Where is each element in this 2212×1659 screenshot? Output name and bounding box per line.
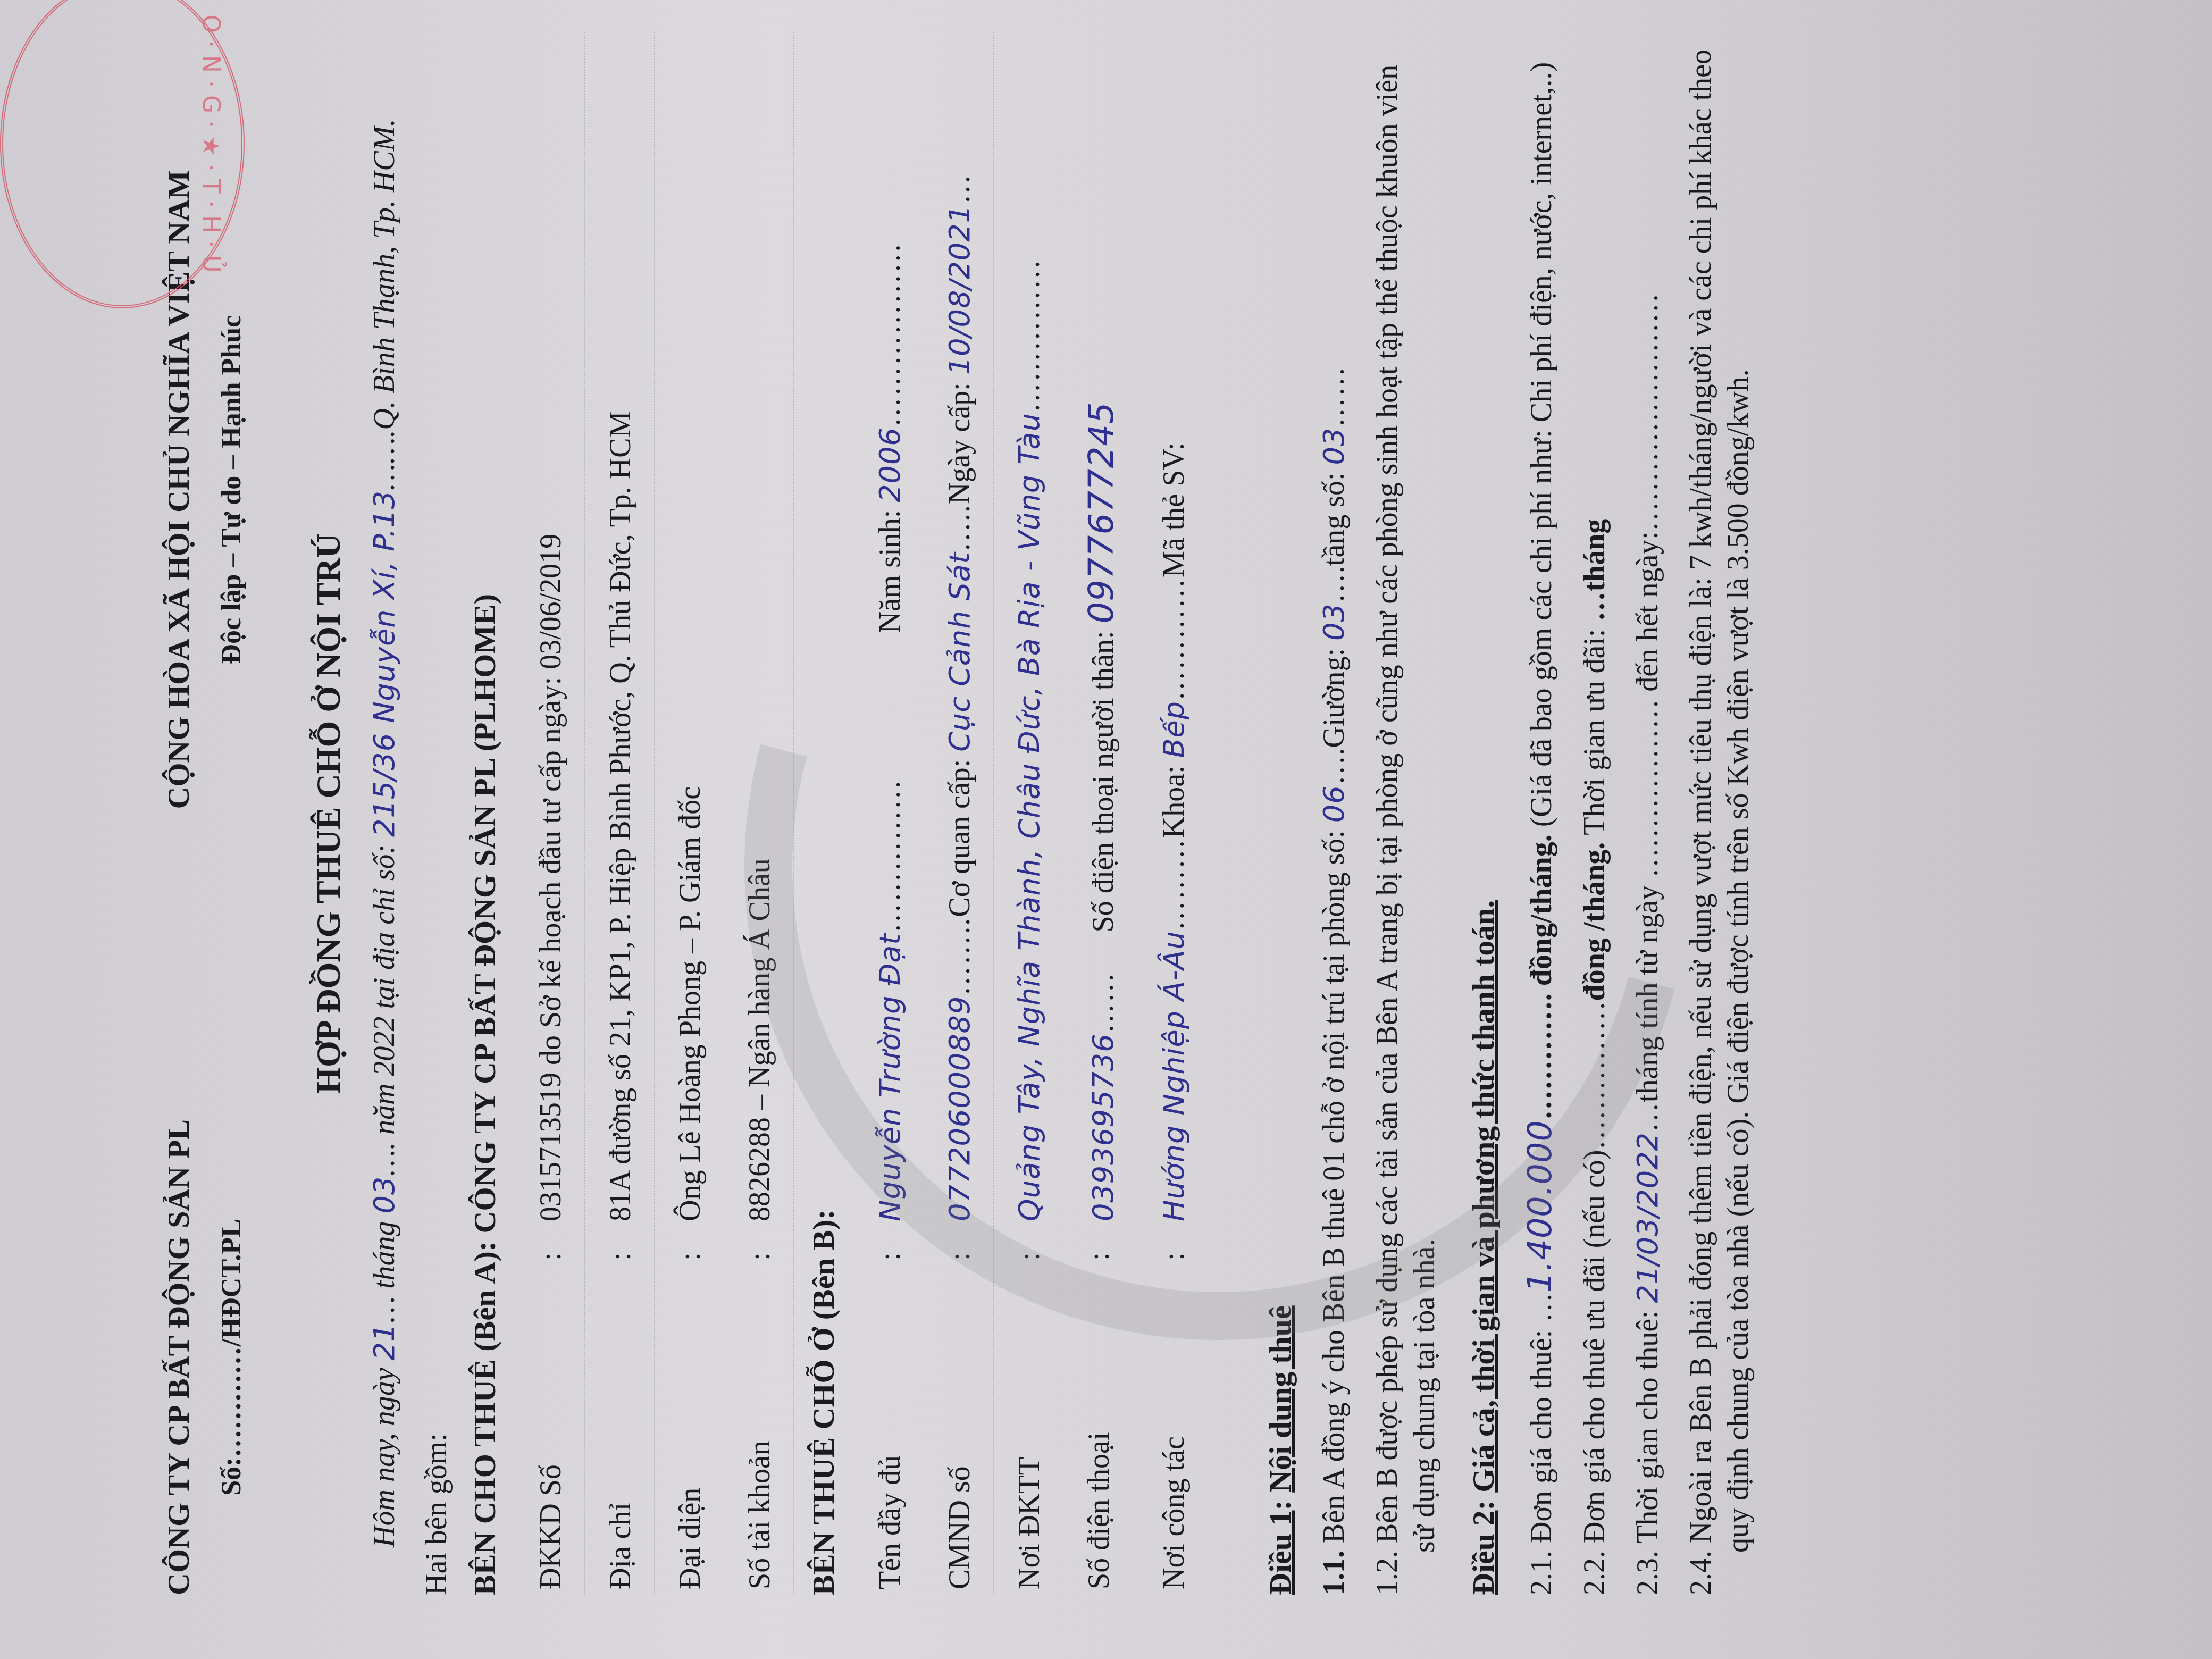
table-row: Số điện thoại : 0393695736…… Số điện tho…	[1063, 32, 1138, 1595]
issuer-field[interactable]: Cục Cảnh Sát	[943, 552, 976, 752]
clause-text: Bên A đồng ý cho Bên B thuê 01 chỗ ở nội…	[1318, 823, 1351, 1543]
clause-number: 1.1.	[1318, 1551, 1351, 1595]
table-row: Địa chỉ:81A đường số 21, KP1, P. Hiệp Bì…	[585, 32, 655, 1595]
student-id-label: Mã thẻ SV:	[1158, 442, 1191, 577]
full-name-field[interactable]: Nguyễn Trường Đạt	[873, 933, 907, 1222]
colon: :	[924, 1227, 993, 1286]
day-handwritten: 21	[367, 1323, 401, 1361]
clause-text: 2.2. Đơn giá cho thuê ưu đãi (nếu có)…………	[1578, 1001, 1611, 1595]
party-b-table: Tên đầy đủ : Nguyễn Trường Đạt…………… Năm …	[854, 32, 1208, 1595]
faculty-label: Khoa:	[1158, 765, 1191, 838]
row-label: Đại diện	[655, 1286, 724, 1595]
floor-number-field[interactable]: 03	[1317, 428, 1351, 465]
colon: :	[854, 1227, 924, 1286]
colon: :	[585, 1227, 655, 1286]
room-number-field[interactable]: 06	[1317, 785, 1351, 823]
address-handwritten: 215/36 Nguyễn Xí, P.13	[367, 490, 401, 837]
document-number: Số:…………/HĐCT.PL	[214, 1119, 249, 1595]
row-value: Quảng Tây, Nghĩa Thành, Châu Đức, Bà Rịa…	[993, 32, 1063, 1227]
clause-text: …tháng tính từ ngày ……………… đến hết ngày:…	[1631, 293, 1664, 1132]
row-value: 81A đường số 21, KP1, P. Hiệp Bình Phước…	[585, 32, 655, 1227]
row-value: 0315713519 do Sở kế hoạch đầu tư cấp ngà…	[515, 32, 585, 1227]
company-block: CÔNG TY CP BẤT ĐỘNG SẢN PL Số:…………/HĐCT.…	[160, 1119, 249, 1595]
issue-date-field[interactable]: 10/08/2021	[943, 204, 976, 375]
article-1-heading: Điều 1: Nội dung thuê	[1261, 32, 1300, 1595]
clause-1-2: 1.2. Bên B được phép sử dụng các tài sản…	[1369, 32, 1443, 1595]
article-2-number: Điều 2	[1466, 1511, 1501, 1596]
relative-phone-label: Số điện thoại người thân:	[1087, 631, 1120, 932]
row-label: Địa chỉ	[585, 1286, 655, 1595]
workplace-field[interactable]: Hướng Nghiệp Á-Âu	[1157, 931, 1191, 1221]
table-row: CMND số : 077206000889……..Cơ quan cấp: C…	[924, 32, 993, 1595]
promo-period: …tháng	[1578, 519, 1611, 622]
rental-start-field[interactable]: 21/03/2022	[1631, 1132, 1664, 1303]
colon: :	[1063, 1227, 1138, 1286]
colon: :	[993, 1227, 1063, 1286]
price-unit: …………. đồng/tháng.	[1525, 834, 1558, 1120]
row-value: 8826288 – Ngân hàng Á Châu	[724, 32, 794, 1227]
parties-intro: Hai bên gồm:	[418, 32, 455, 1595]
birth-year-field[interactable]: 2006	[873, 427, 907, 502]
intro-text: … tháng	[368, 1213, 401, 1322]
contract-title: HỢP ĐỒNG THUÊ CHỖ Ở NỘI TRÚ	[307, 32, 350, 1595]
id-number-field[interactable]: 077206000889	[943, 996, 976, 1221]
clause-text: (Giá đã bao gồm các chi phí như: Chi phí…	[1525, 62, 1558, 835]
article-2-title: Giá cả, thời gian và phương thức thanh t…	[1466, 900, 1501, 1493]
rent-price-field[interactable]: 1.400.000	[1520, 1120, 1559, 1293]
colon: :	[724, 1227, 794, 1286]
row-value: 0393695736…… Số điện thoại người thân: 0…	[1063, 32, 1138, 1227]
table-row: Nơi ĐKTT : Quảng Tây, Nghĩa Thành, Châu …	[993, 32, 1063, 1595]
relative-phone-field[interactable]: 0977677245	[1082, 401, 1121, 623]
clause-1-1: 1.1. Bên A đồng ý cho Bên B thuê 01 chỗ …	[1316, 32, 1353, 1595]
bed-number-field[interactable]: 03	[1317, 603, 1351, 641]
article-2-heading: Điều 2: Giá cả, thời gian và phương thức…	[1464, 32, 1503, 1595]
table-row: ĐKKD Số:0315713519 do Sở kế hoạch đầu tư…	[515, 32, 585, 1595]
month-handwritten: 03	[367, 1176, 401, 1214]
clause-2-4: 2.4. Ngoài ra Bên B phải đóng thêm tiền …	[1682, 32, 1757, 1595]
floor-label: ….tầng số:	[1318, 465, 1351, 603]
residence-field[interactable]: Quảng Tây, Nghĩa Thành, Châu Đức, Bà Rịa…	[1012, 413, 1046, 1221]
clause-2-1: 2.1. Đơn giá cho thuê: …1.400.000…………. đ…	[1519, 32, 1561, 1595]
intro-text: …. năm 2022 tại địa chỉ số:	[368, 837, 401, 1176]
issue-date-label: Ngày cấp:	[943, 382, 976, 504]
intro-text: Hôm nay, ngày	[368, 1360, 401, 1547]
row-value: Hướng Nghiệp Á-Âu………Khoa: Bếp…………Mã thẻ …	[1138, 32, 1208, 1227]
company-name: CÔNG TY CP BẤT ĐỘNG SẢN PL	[160, 1119, 198, 1595]
contract-page: O · N · G · ★ · T · H · Ủ CÔNG TY CP BẤT…	[0, 0, 2212, 1659]
row-label: CMND số	[924, 1286, 993, 1595]
clause-text: Thời gian ưu đãi:	[1578, 622, 1611, 842]
row-value: 077206000889……..Cơ quan cấp: Cục Cảnh Sá…	[924, 32, 993, 1227]
article-1-title: Nội dung thuê	[1263, 1305, 1297, 1492]
row-label: Nơi ĐKTT	[993, 1286, 1063, 1595]
article-1-number: Điều 1	[1263, 1511, 1297, 1596]
row-label: Số tài khoản	[724, 1286, 794, 1595]
issuer-label: Cơ quan cấp:	[943, 759, 976, 917]
party-a-table: ĐKKD Số:0315713519 do Sở kế hoạch đầu tư…	[515, 32, 794, 1595]
intro-text: …….Q. Bình Thạnh, Tp. HCM.	[368, 119, 401, 490]
table-row: Nơi công tác : Hướng Nghiệp Á-Âu………Khoa:…	[1138, 32, 1208, 1595]
row-label: ĐKKD Số	[515, 1286, 585, 1595]
row-label: Tên đầy đủ	[854, 1286, 924, 1595]
bed-label: ….Giường:	[1318, 641, 1351, 785]
row-label: Số điện thoại	[1063, 1286, 1138, 1595]
colon: :	[1138, 1227, 1208, 1286]
party-a-heading: BÊN CHO THUÊ (Bên A): CÔNG TY CP BẤT ĐỘN…	[466, 32, 505, 1595]
row-label: Nơi công tác	[1138, 1286, 1208, 1595]
stamp-text: O · N · G · ★ · T · H · Ủ	[197, 14, 224, 272]
table-row: Số tài khoản:8826288 – Ngân hàng Á Châu	[724, 32, 794, 1595]
row-value: Ông Lê Hoàng Phong – P. Giám đốc	[655, 32, 724, 1227]
phone-field[interactable]: 0393695736	[1086, 1033, 1120, 1221]
faculty-field[interactable]: Bếp	[1157, 701, 1191, 758]
contract-intro: Hôm nay, ngày 21… tháng 03…. năm 2022 tạ…	[366, 32, 403, 1595]
colon: :	[655, 1227, 724, 1286]
clause-text: 2.1. Đơn giá cho thuê: …	[1525, 1293, 1558, 1595]
clause-2-3: 2.3. Thời gian cho thuê: 21/03/2022…thán…	[1629, 32, 1666, 1595]
red-company-stamp: O · N · G · ★ · T · H · Ủ	[0, 0, 245, 308]
table-row: Tên đầy đủ : Nguyễn Trường Đạt…………… Năm …	[854, 32, 924, 1595]
price-unit: đồng /tháng.	[1578, 842, 1611, 1001]
table-row: Đại diện:Ông Lê Hoàng Phong – P. Giám đố…	[655, 32, 724, 1595]
colon: :	[515, 1227, 585, 1286]
clause-text: 2.3. Thời gian cho thuê:	[1631, 1303, 1664, 1595]
party-b-heading: BÊN THUÊ CHỖ Ở (Bên B):	[805, 32, 843, 1595]
clause-2-2: 2.2. Đơn giá cho thuê ưu đãi (nếu có)…………	[1576, 32, 1613, 1595]
row-value: Nguyễn Trường Đạt…………… Năm sinh: 2006…………	[854, 32, 924, 1227]
birth-year-label: Năm sinh:	[874, 510, 907, 633]
